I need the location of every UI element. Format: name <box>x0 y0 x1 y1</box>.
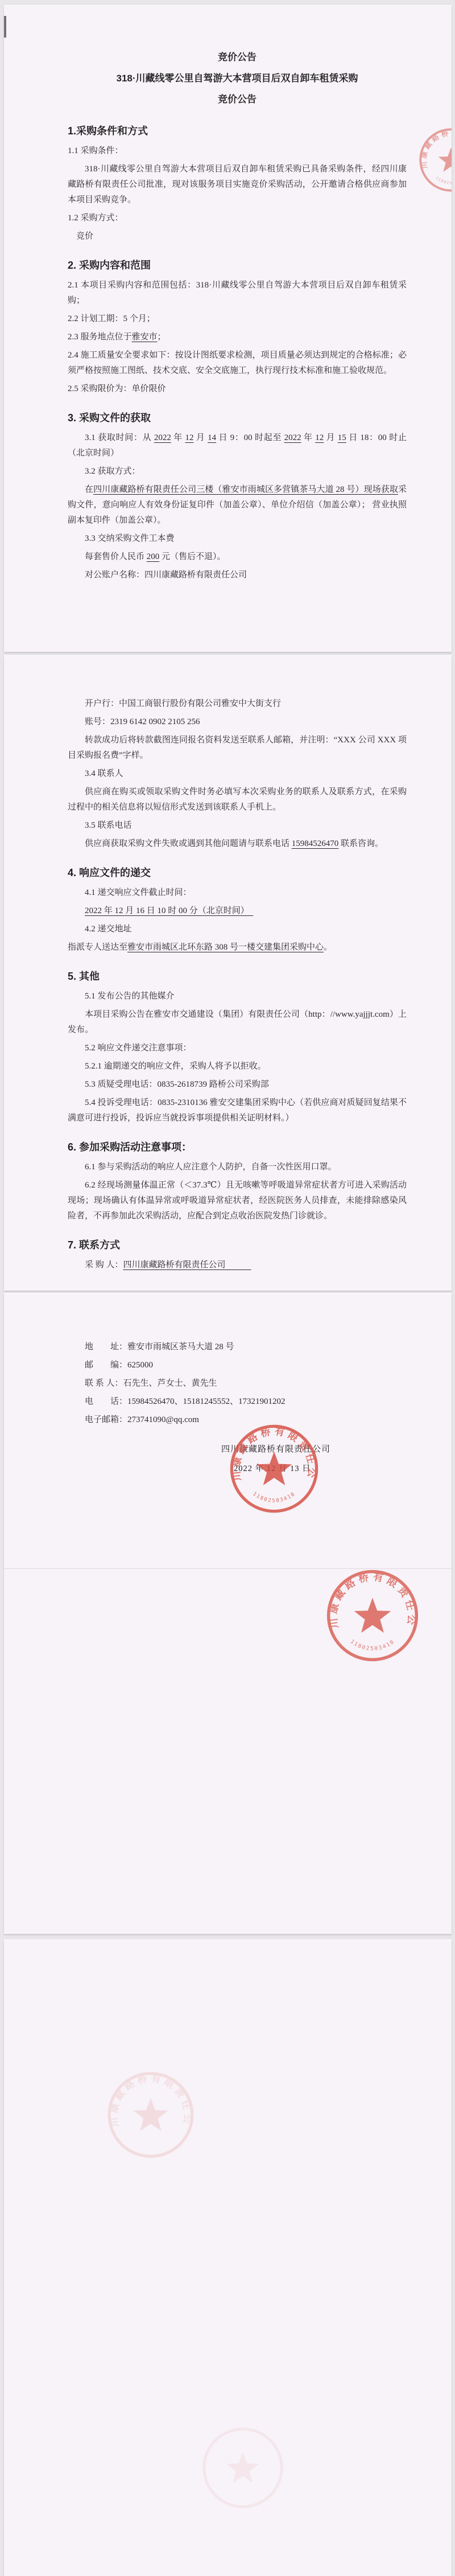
doc-paragraph: 3.4 联系人 <box>68 766 407 782</box>
doc-paragraph: 5.2.1 逾期递交的响应文件，采购人将予以拒收。 <box>68 1059 407 1074</box>
star-icon <box>134 2098 168 2131</box>
doc-title: 竞价公告 <box>68 47 407 68</box>
doc-paragraph: 6.2 经现场测量体温正常（＜37.3℃）且无咳嗽等呼吸道异常症状者方可进入采购… <box>68 1178 407 1224</box>
document-page-2: 开户行：中国工商银行股份有限公司雅安中大街支行账号：2319 6142 0902… <box>4 656 452 1291</box>
doc-paragraph: 2.3 服务地点位于雅安市； <box>68 330 407 345</box>
doc-paragraph: 2.5 采购限价为：单价限价 <box>68 381 407 397</box>
doc-paragraph: 5.4 投诉受理电话：0835-2310136 雅安交建集团采购中心（若供应商对… <box>68 1095 407 1126</box>
seal-ghost <box>200 2425 286 2511</box>
section-heading: 1.采购条件和方式 <box>68 124 407 138</box>
doc-paragraph: 指派专人送达至雅安市雨城区北环东路 308 号一楼交建集团采购中心。 <box>68 940 407 955</box>
page-2-content: 开户行：中国工商银行股份有限公司雅安中大街支行账号：2319 6142 0902… <box>4 656 452 1273</box>
section-heading: 3. 采购文件的获取 <box>68 410 407 425</box>
contact-postcode: 邮 编：625000 <box>68 1358 407 1373</box>
company-seal: 四川康藏路桥有限责任公司 5118025034105 <box>227 1422 321 1515</box>
doc-paragraph: 3.2 获取方式： <box>68 464 407 479</box>
doc-paragraph: 采 购 人：四川康藏路桥有限责任公司 <box>68 1258 407 1273</box>
document-page-3: 地 址：雅安市雨城区茶马大道 28 号邮 编：625000联 系 人：石先生、芦… <box>4 1293 452 1934</box>
contact-persons: 联 系 人：石先生、芦女士、黄先生 <box>68 1376 407 1391</box>
doc-paragraph: 5.2 响应文件递交注意事项： <box>68 1041 407 1056</box>
doc-paragraph: 3.1 获取时间：从 2022 年 12 月 14 日 9：00 时起至 202… <box>68 430 407 461</box>
section-heading: 2. 采购内容和范围 <box>68 258 407 273</box>
contact-phones: 电 话：15984526470、15181245552、17321901202 <box>68 1394 407 1410</box>
doc-paragraph: 竞价 <box>68 229 407 244</box>
doc-paragraph: 4.1 递交响应文件截止时间： <box>68 885 407 901</box>
doc-paragraph: 318·川藏线零公里自驾游大本营项目后双自卸车租赁采购已具备采购条件，经四川康藏… <box>68 162 407 208</box>
scan-artifact <box>4 16 6 38</box>
doc-paragraph: 开户行：中国工商银行股份有限公司雅安中大街支行 <box>68 696 407 712</box>
doc-paragraph: 账号：2319 6142 0902 2105 256 <box>68 714 407 730</box>
section-heading: 7. 联系方式 <box>68 1238 407 1252</box>
doc-paragraph: 转款成功后将转款截图连同报名资料发送至联系人邮箱，并注明：“XXX 公司 XXX… <box>68 733 407 763</box>
doc-paragraph: 本项目采购公告在雅安市交通建设（集团）有限责任公司（http：//www.yaj… <box>68 1007 407 1038</box>
doc-paragraph: 对公账户名称：四川康藏路桥有限责任公司 <box>68 568 407 583</box>
doc-paragraph: 2.1 本项目采购内容和范围包括：318·川藏线零公里自驾游大本营项目后双自卸车… <box>68 278 407 309</box>
doc-paragraph: 供应商获取采购文件失败或遇到其他问题请与联系电话 15984526470 联系咨… <box>68 836 407 852</box>
doc-paragraph: 2.2 计划工期：5 个月； <box>68 311 407 327</box>
section-heading: 4. 响应文件的递交 <box>68 865 407 880</box>
section-heading: 5. 其他 <box>68 969 407 984</box>
page-4-content <box>4 1940 452 1973</box>
contact-address: 地 址：雅安市雨城区茶马大道 28 号 <box>68 1340 407 1355</box>
star-icon <box>227 2452 259 2483</box>
star-icon <box>354 1598 391 1633</box>
star-icon <box>257 1452 292 1485</box>
doc-paragraph: 在四川康藏路桥有限责任公司三楼（雅安市雨城区多营镇茶马大道 28 号）现场获取采… <box>68 482 407 528</box>
company-seal: 四川康藏路桥有限责任公司 5118025034105 <box>324 1567 421 1664</box>
section-heading: 6. 参加采购活动注意事项： <box>68 1140 407 1155</box>
doc-title: 竞价公告 <box>68 89 407 110</box>
page-1-content: 竞价公告318·川藏线零公里自驾游大本营项目后双自卸车租赁采购竞价公告1.采购条… <box>4 6 452 583</box>
document-page-1: 竞价公告318·川藏线零公里自驾游大本营项目后双自卸车租赁采购竞价公告1.采购条… <box>4 6 452 652</box>
doc-paragraph: 2.4 施工质量安全要求如下：按设计图纸要求检测，项目质量必须达到规定的合格标准… <box>68 348 407 379</box>
doc-title: 318·川藏线零公里自驾游大本营项目后双自卸车租赁采购 <box>68 68 407 89</box>
page-3-content: 地 址：雅安市雨城区茶马大道 28 号邮 编：625000联 系 人：石先生、芦… <box>4 1293 452 1428</box>
document-page-4: 四川康藏路桥有限责任公司 <box>4 1940 452 2576</box>
doc-paragraph: 3.3 交纳采购文件工本费 <box>68 531 407 547</box>
company-seal-edge: 四川康藏路桥有限责任公司 5118025034105 <box>417 126 452 194</box>
doc-paragraph: 4.2 递交地址 <box>68 922 407 937</box>
doc-paragraph: 6.1 参与采购活动的响应人应注意个人防护，自备一次性医用口罩。 <box>68 1160 407 1175</box>
scanned-document: 竞价公告318·川藏线零公里自驾游大本营项目后双自卸车租赁采购竞价公告1.采购条… <box>0 0 455 2576</box>
doc-paragraph: 1.1 采购条件： <box>68 143 407 159</box>
doc-paragraph: 2022 年 12 月 16 日 10 时 00 分（北京时间） <box>68 903 407 919</box>
doc-paragraph: 每套售价人民币 200 元（售后不退）。 <box>68 549 407 565</box>
star-icon <box>439 147 452 172</box>
doc-paragraph: 5.3 质疑受理电话：0835-2618739 路桥公司采购部 <box>68 1077 407 1092</box>
doc-paragraph: 1.2 采购方式： <box>68 211 407 226</box>
doc-paragraph: 供应商在购买或领取采购文件时务必填写本次采购业务的联系人及联系方式，在采购过程中… <box>68 784 407 815</box>
seal-ghost: 四川康藏路桥有限责任公司 <box>105 2069 196 2160</box>
doc-paragraph: 5.1 发布公告的其他媒介 <box>68 989 407 1004</box>
doc-paragraph: 3.5 联系电话 <box>68 818 407 833</box>
